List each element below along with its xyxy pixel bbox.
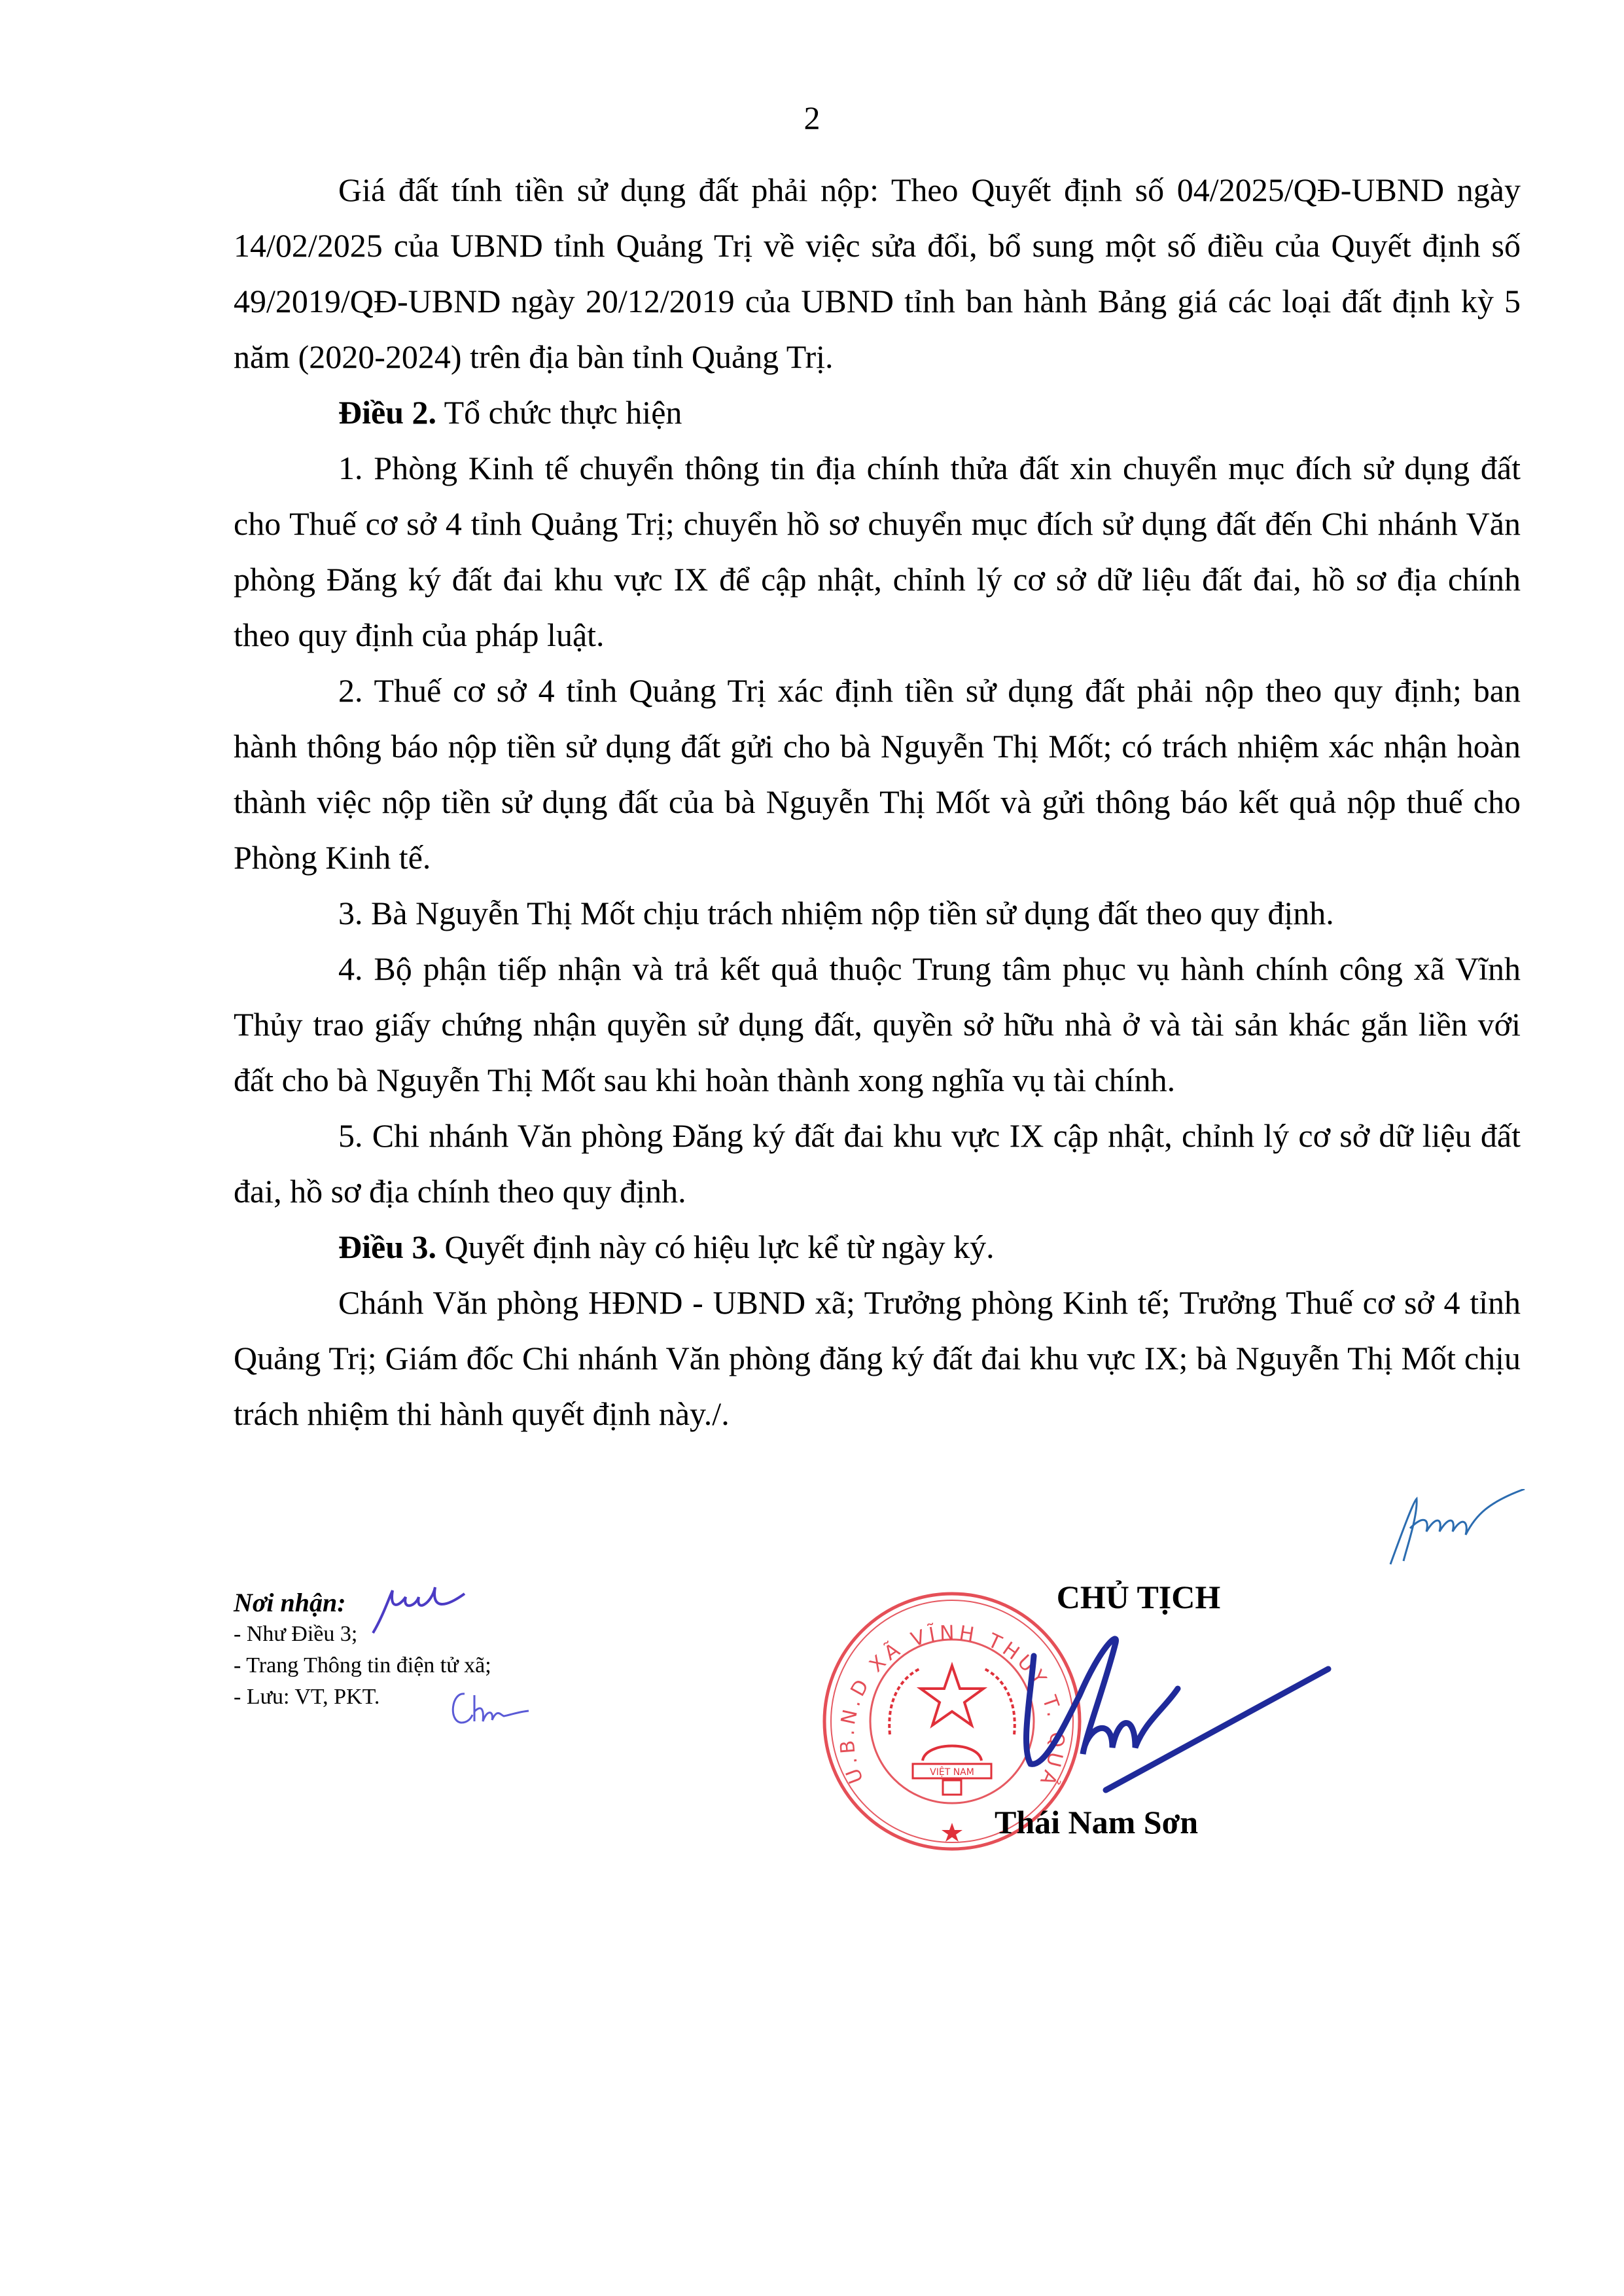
execution-clause: Chánh Văn phòng HĐND - UBND xã; Trưởng p… — [234, 1275, 1521, 1442]
recipient-item: - Lưu: VT, PKT. — [234, 1681, 692, 1713]
signature-block: CHỦ TỊCH — [955, 1577, 1322, 1617]
document-body: Giá đất tính tiền sử dụng đất phải nộp: … — [234, 162, 1521, 1442]
signer-name: Thái Nam Sơn — [995, 1803, 1198, 1841]
page-number: 2 — [0, 98, 1624, 137]
paragraph-land-price: Giá đất tính tiền sử dụng đất phải nộp: … — [234, 162, 1521, 385]
recipients-block: Nơi nhận: - Như Điều 3; - Trang Thông ti… — [234, 1587, 692, 1713]
recipient-item: - Trang Thông tin điện tử xã; — [234, 1650, 692, 1681]
article-2-item-2: 2. Thuế cơ sở 4 tỉnh Quảng Trị xác định … — [234, 663, 1521, 886]
article-3-label: Điều 3. — [338, 1229, 436, 1265]
article-3-heading: Điều 3. Quyết định này có hiệu lực kể từ… — [234, 1219, 1521, 1275]
article-2-item-4: 4. Bộ phận tiếp nhận và trả kết quả thuộ… — [234, 941, 1521, 1108]
article-2-item-5: 5. Chi nhánh Văn phòng Đăng ký đất đai k… — [234, 1108, 1521, 1219]
seal-emblem-text: VIỆT NAM — [930, 1766, 974, 1778]
article-2-item-3: 3. Bà Nguyễn Thị Mốt chịu trách nhiệm nộ… — [234, 886, 1521, 941]
recipients-label: Nơi nhận: — [234, 1587, 692, 1619]
signer-title: CHỦ TỊCH — [955, 1577, 1322, 1617]
article-2-item-1: 1. Phòng Kinh tế chuyển thông tin địa ch… — [234, 440, 1521, 663]
initial-signature-icon — [1377, 1489, 1528, 1568]
article-2-heading: Điều 2. Tổ chức thực hiện — [234, 385, 1521, 440]
article-2-label: Điều 2. — [338, 394, 436, 431]
recipient-item: - Như Điều 3; — [234, 1619, 692, 1650]
